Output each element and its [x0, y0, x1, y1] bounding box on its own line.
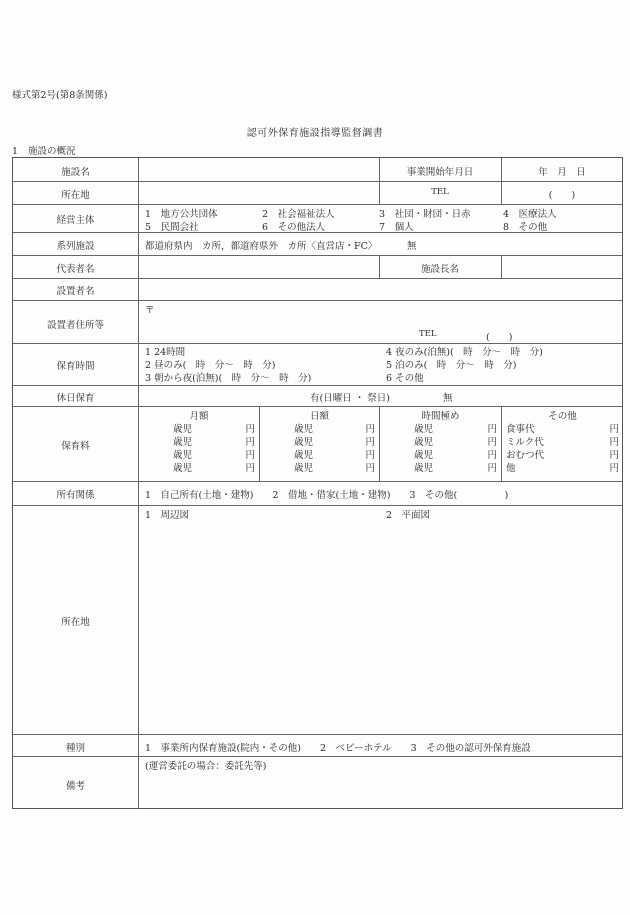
form-number: 様式第2号(第8条関係) [12, 87, 108, 101]
fee-row[interactable]: 歳児円 [260, 447, 379, 460]
operator-option[interactable]: 1 地方公共団体 [145, 206, 218, 220]
care-hours-option[interactable]: 5 泊のみ( 時 分～ 時 分) [386, 357, 516, 371]
operator-label: 経営主体 [13, 212, 138, 226]
remarks-field[interactable]: (運営委託の場合：委託先等) [145, 758, 266, 772]
fee-row[interactable]: 歳児円 [380, 447, 501, 460]
surrounding-map-label: 1 周辺図 [145, 507, 189, 521]
operator-option[interactable]: 2 社会福祉法人 [262, 206, 335, 220]
fee-row[interactable]: 歳児円 [380, 460, 501, 473]
fee-column-daily: 日額 歳児円 歳児円 歳児円 歳児円 [260, 408, 379, 480]
care-hours-option[interactable]: 2 昼のみ( 時 分～ 時 分) [145, 357, 275, 371]
fee-row[interactable]: 歳児円 [380, 421, 501, 434]
holiday-care-no-option[interactable]: 無 [443, 390, 453, 404]
founder-address-label: 設置者住所等 [13, 317, 138, 331]
section-title: 施設の概況 [28, 146, 76, 157]
operator-option[interactable]: 6 その他法人 [262, 219, 325, 233]
director-label: 施設長名 [379, 261, 501, 275]
category-label: 種別 [13, 740, 138, 754]
location-label: 所在地 [13, 187, 138, 201]
fee-row[interactable]: 歳児円 [260, 434, 379, 447]
remarks-label: 備考 [13, 778, 138, 792]
director-field[interactable] [505, 259, 620, 275]
fee-column-header: 月額 [139, 408, 259, 422]
fee-column-hourly: 時間極め 歳児円 歳児円 歳児円 歳児円 [380, 408, 501, 480]
tel-label: TEL [379, 187, 501, 197]
floor-plan-area[interactable] [385, 520, 620, 730]
document-title: 認可外保育施設指導監督調書 [0, 124, 630, 139]
facility-name-field[interactable] [143, 162, 373, 178]
fee-row[interactable]: 歳児円 [139, 447, 259, 460]
care-hours-option[interactable]: 4 夜のみ(泊無)( 時 分～ 時 分) [386, 344, 543, 358]
care-hours-label: 保育時間 [13, 358, 138, 372]
fee-row[interactable]: ミルク代円 [502, 434, 623, 447]
operator-option[interactable]: 3 社団・財団・日赤 [379, 206, 471, 220]
facility-name-label: 施設名 [13, 164, 138, 178]
founder-name-label: 設置者名 [13, 283, 138, 297]
floor-plan-label: 2 平面図 [386, 507, 430, 521]
operator-option[interactable]: 5 民間会社 [145, 219, 199, 233]
fee-column-header: 時間極め [380, 408, 501, 422]
fees-label: 保育料 [13, 438, 138, 452]
affiliates-label: 系列施設 [13, 238, 138, 252]
fee-row[interactable]: 歳児円 [260, 460, 379, 473]
representative-field[interactable] [143, 259, 373, 275]
ownership-options[interactable]: 1 自己所有(土地・建物) 2 借地・借家(土地・建物) 3 その他( ) [145, 487, 508, 501]
tel-field[interactable]: ( ) [501, 187, 623, 201]
fee-row[interactable]: 歳児円 [139, 434, 259, 447]
holiday-care-yes-option[interactable]: 有(日曜日 ・ 祭日) [310, 390, 390, 404]
start-date-field[interactable]: 年 月 日 [501, 164, 623, 178]
care-hours-option[interactable]: 3 朝から夜(泊無)( 時 分～ 時 分) [145, 370, 311, 384]
facility-overview-table: 施設名 事業開始年月日 年 月 日 所在地 TEL ( ) 経営主体 1 地方公… [12, 157, 623, 809]
section-number: 1 [12, 146, 18, 157]
fee-column-header: 日額 [260, 408, 379, 422]
founder-name-field[interactable] [143, 281, 618, 297]
fee-column-other: その他 食事代円 ミルク代円 おむつ代円 他円 [502, 408, 623, 480]
operator-option[interactable]: 7 個人 [379, 219, 414, 233]
postal-mark: 〒 [145, 302, 155, 316]
fee-row[interactable]: 歳児円 [139, 421, 259, 434]
fee-column-header: その他 [502, 408, 623, 422]
location-field[interactable] [143, 185, 373, 201]
holiday-care-label: 休日保育 [13, 390, 138, 404]
founder-tel-field[interactable]: ( ) [486, 329, 512, 343]
fee-row[interactable]: 食事代円 [502, 421, 623, 434]
fee-row[interactable]: 歳児円 [139, 460, 259, 473]
fee-row[interactable]: 歳児円 [260, 421, 379, 434]
fee-row[interactable]: おむつ代円 [502, 447, 623, 460]
care-hours-option[interactable]: 6 その他 [386, 370, 424, 384]
section-heading: 1施設の概況 [12, 143, 76, 157]
affiliates-field[interactable]: 都道府県内 カ所，都道府県外 カ所〈直営店・FC〉 [145, 238, 377, 252]
operator-option[interactable]: 8 その他 [503, 219, 547, 233]
fee-column-monthly: 月額 歳児円 歳児円 歳児円 歳児円 [139, 408, 259, 480]
affiliates-none-option[interactable]: 無 [407, 238, 417, 252]
fee-row[interactable]: 他円 [502, 460, 623, 473]
start-date-label: 事業開始年月日 [379, 164, 501, 178]
category-options[interactable]: 1 事業所内保育施設(院内・その他) 2 ベビーホテル 3 その他の認可外保育施… [145, 740, 531, 754]
founder-tel-label: TEL [419, 329, 437, 339]
care-hours-option[interactable]: 1 24時間 [145, 344, 185, 358]
ownership-label: 所有関係 [13, 487, 138, 501]
representative-label: 代表者名 [13, 261, 138, 275]
location-map-label: 所在地 [13, 614, 138, 628]
fee-row[interactable]: 歳児円 [380, 434, 501, 447]
surrounding-map-area[interactable] [143, 520, 383, 730]
operator-option[interactable]: 4 医療法人 [503, 206, 557, 220]
